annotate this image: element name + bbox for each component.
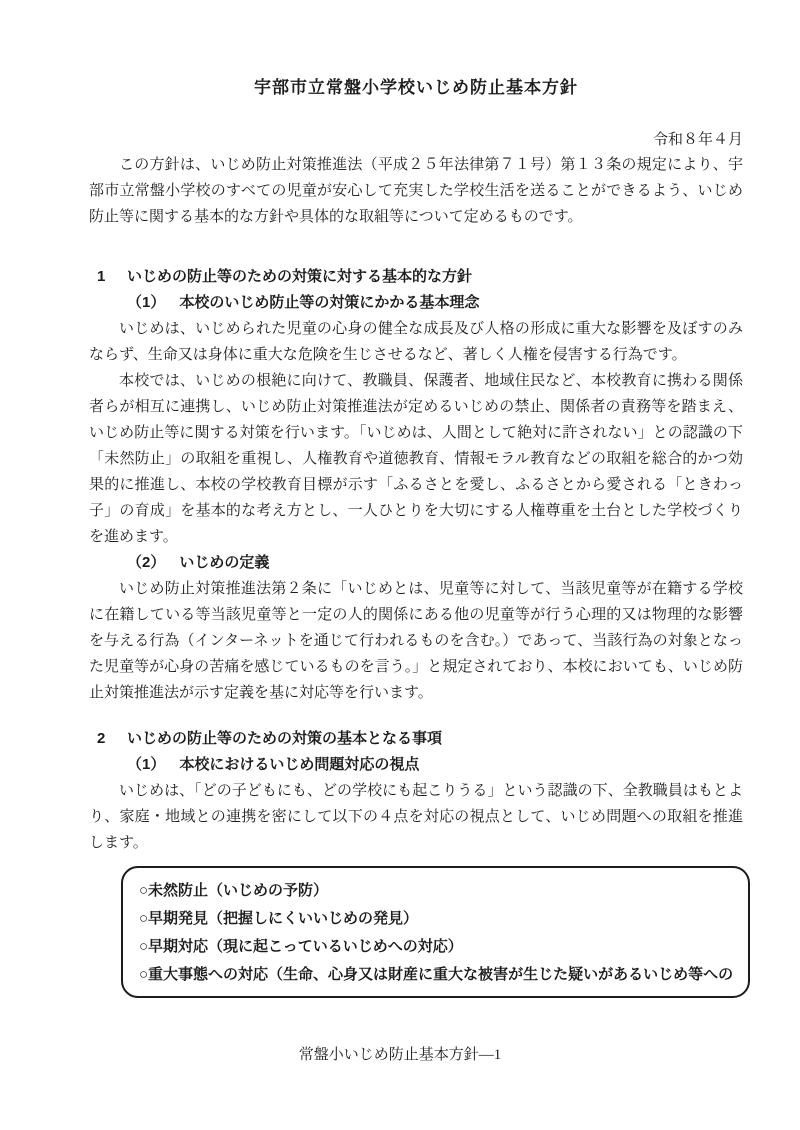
section2-sub1-paragraph-1: いじめは、「どの子どもにも、どの学校にも起こりうる」という認識の下、全教職員はも… [89,778,743,856]
section1-sub1-paragraph-1: いじめは、いじめられた児童の心身の健全な成長及び人格の形成に重大な影響を及ぼすの… [89,316,743,368]
viewpoint-item-serious-incident: ○重大事態への対応（生命、心身又は財産に重大な被害が生じた疑いがあるいじめ等への… [139,961,732,989]
section1-sub1-heading-label: 本校のいじめ防止等の対策にかかる基本理念 [179,294,479,311]
section2-heading: 2いじめの防止等のための対策の基本となる事項 [89,726,743,752]
section1-sub2-heading-label: いじめの定義 [179,554,269,571]
intro-paragraph: この方針は、いじめ防止対策推進法（平成２５年法律第７１号）第１３条の規定により、… [89,152,743,230]
section1-number: 1 [97,264,107,290]
section2-sub1-number: （1） [127,756,165,773]
viewpoint-rounded-box: ○未然防止（いじめの予防） ○早期発見（把握しにくいいじめの発見） ○早期対応（… [121,866,750,998]
document-content: 宇部市立常盤小学校いじめ防止基本方針 令和８年４月 この方針は、いじめ防止対策推… [89,0,743,998]
section1-sub1-number: （1） [127,294,165,311]
section1-sub1-heading: （1）本校のいじめ防止等の対策にかかる基本理念 [89,290,743,316]
page-footer: 常盤小いじめ防止基本方針―1 [0,1042,800,1068]
section1-heading-label: いじめの防止等のための対策に対する基本的な方針 [127,268,472,285]
page-title: 宇部市立常盤小学校いじめ防止基本方針 [89,76,743,100]
section1-sub2-paragraph-1: いじめ防止対策推進法第２条に「いじめとは、児童等に対して、当該児童等が在籍する学… [89,576,743,706]
section2-sub1-heading-label: 本校におけるいじめ問題対応の視点 [179,756,419,773]
viewpoint-item-prevention: ○未然防止（いじめの予防） [139,877,732,905]
viewpoint-item-early-response: ○早期対応（現に起こっているいじめへの対応） [139,933,732,961]
section1-sub2-number: （2） [127,554,165,571]
section2-heading-label: いじめの防止等のための対策の基本となる事項 [127,730,442,747]
document-page: 宇部市立常盤小学校いじめ防止基本方針 令和８年４月 この方針は、いじめ防止対策推… [0,0,800,1130]
section2-sub1-heading: （1）本校におけるいじめ問題対応の視点 [89,752,743,778]
viewpoint-item-early-detection: ○早期発見（把握しにくいいじめの発見） [139,905,732,933]
section1-sub1-paragraph-2: 本校では、いじめの根絶に向けて、教職員、保護者、地域住民など、本校教育に携わる関… [89,368,743,550]
section2-number: 2 [97,726,107,752]
section1-sub2-heading: （2）いじめの定義 [89,550,743,576]
document-date: 令和８年４月 [89,128,743,152]
section1-heading: 1いじめの防止等のための対策に対する基本的な方針 [89,264,743,290]
